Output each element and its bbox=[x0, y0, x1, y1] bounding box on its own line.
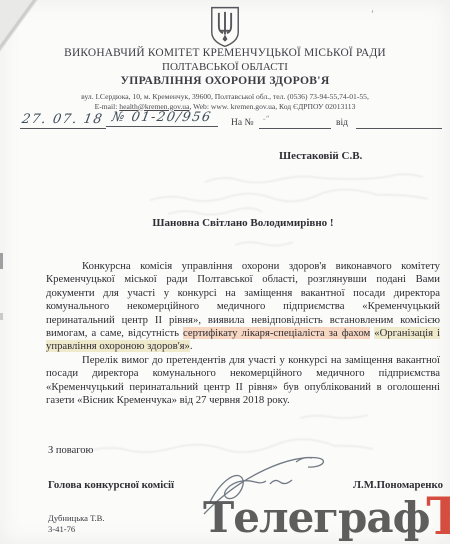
pen-tick: -'' bbox=[262, 114, 270, 123]
org-name-line2: ПОЛТАВСЬКОЇ ОБЛАСТІ bbox=[0, 61, 450, 73]
watermark-accent-letter: Ъ bbox=[427, 487, 450, 544]
executor-phone: 3-41-76 bbox=[48, 524, 75, 534]
signer-title: Голова конкурсної комісії bbox=[48, 479, 174, 491]
outgoing-number-field: № 01-20/956 bbox=[106, 110, 218, 127]
p1-period: . bbox=[190, 340, 193, 352]
scan-speck: ’ bbox=[371, 9, 374, 19]
highlighted-phrase-peach: сертифікату лікаря-спеціаліста за фахом bbox=[183, 327, 370, 339]
handwritten-date: 27. 07. 18 bbox=[21, 112, 105, 127]
body-paragraph-1: Конкурсна комісія управління охорони здо… bbox=[46, 260, 440, 354]
letter-body: Конкурсна комісія управління охорони здо… bbox=[46, 260, 440, 407]
scanned-letter-page: ’ ВИКОНАВЧИЙ КОМІТЕТ КРЕМЕНЧУЦЬКОЇ МІСЬК… bbox=[0, 0, 450, 544]
watermark-main-text: Телеграф bbox=[203, 493, 430, 542]
incoming-date-blank bbox=[356, 112, 442, 129]
org-address-block: вул. І.Сердюка, 10, м. Кременчук, 39600,… bbox=[0, 92, 450, 111]
addressee-name: Шестаковій С.В. bbox=[279, 150, 362, 162]
salutation-line: Шановна Світлано Володимирівно ! bbox=[45, 217, 441, 229]
executor-name: Дубницька Т.В. bbox=[48, 513, 105, 523]
scan-edge-mark bbox=[0, 313, 3, 320]
incoming-number-blank: -'' bbox=[259, 112, 331, 129]
org-name-line1: ВИКОНАВЧИЙ КОМІТЕТ КРЕМЕНЧУЦЬКОЇ МІСЬКОЇ… bbox=[0, 47, 450, 59]
outgoing-date-field: 27. 07. 18 bbox=[20, 112, 106, 129]
vid-label: від bbox=[336, 118, 348, 128]
scan-edge-mark bbox=[0, 253, 3, 269]
org-name-line3: УПРАВЛІННЯ ОХОРОНИ ЗДОРОВ'Я bbox=[0, 74, 450, 87]
telegraf-watermark: ТелеграфЪ bbox=[203, 487, 450, 544]
reference-line: 27. 07. 18 № 01-20/956 На № -'' від bbox=[0, 112, 450, 134]
handwritten-number: № 01-20/956 bbox=[111, 110, 213, 125]
closing-regards: З повагою bbox=[48, 445, 93, 456]
body-paragraph-2: Перелік вимог до претендентів для участі… bbox=[46, 354, 440, 408]
executor-block: Дубницька Т.В. 3-41-76 bbox=[48, 513, 105, 534]
na-no-label: На № bbox=[231, 118, 254, 128]
ukraine-trident-icon bbox=[208, 6, 242, 53]
address-line1: вул. І.Сердюка, 10, м. Кременчук, 39600,… bbox=[81, 92, 369, 101]
